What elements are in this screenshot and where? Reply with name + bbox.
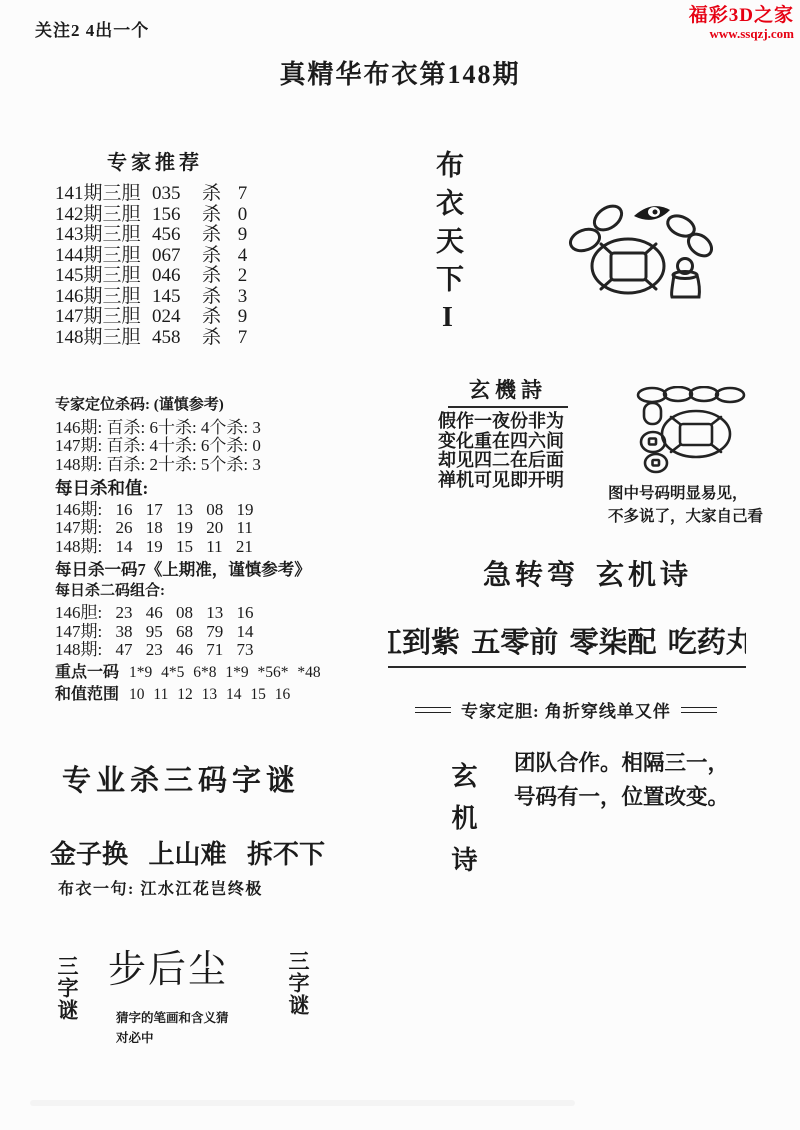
three-char-riddle-label-left: 三字谜 — [52, 955, 82, 1021]
dan-codes: 156 — [152, 205, 202, 226]
divider-line — [415, 707, 451, 713]
site-logo: 福彩3D之家 www.ssqzj.com — [689, 6, 794, 41]
top-note: 关注2 4出一个 — [35, 16, 149, 41]
daily-sum-row: 147期: 26 18 19 20 11 — [55, 519, 385, 538]
dan-codes: 145 — [152, 287, 202, 308]
riddle-note-line: 猜字的笔画和含义猜 — [116, 1008, 229, 1028]
daily-sum-row: 148期: 14 19 15 11 21 — [55, 538, 385, 557]
buyi-sketch-illustration — [568, 196, 713, 308]
expert-dan-text: 专家定胆: 角折穿线单又伴 — [461, 697, 671, 722]
period-label: 142期三胆 — [55, 205, 152, 226]
three-char-riddle-label-right: 三字谜 — [283, 950, 313, 1016]
dan-codes: 458 — [152, 328, 202, 349]
daily-two-row: 148期: 47 23 46 71 73 — [55, 641, 385, 660]
page-title: 真精华布衣第148期 — [0, 54, 800, 91]
dan-codes: 456 — [152, 225, 202, 246]
sketch-caption: 图中号码明显易见， 不多说了，大家自己看 — [608, 482, 763, 528]
kill-three-riddle: 金子换 上山难 拆不下 — [50, 834, 325, 871]
period-label: 146期三胆 — [55, 287, 152, 308]
expert-row: 143期三胆456杀 9 — [55, 225, 255, 246]
positioning-heading: 专家定位杀码: (谨慎参考) — [55, 396, 385, 415]
scan-artifact — [30, 1100, 575, 1106]
period-label: 147期三胆 — [55, 307, 152, 328]
xuanji-right-title: 玄机诗 — [444, 762, 481, 888]
key-one-label: 重点一码 — [55, 664, 119, 681]
kill-number: 杀 7 — [202, 328, 255, 349]
sum-range-value: 10 11 12 13 14 15 16 — [129, 686, 290, 703]
kill-number: 杀 2 — [202, 266, 255, 287]
expert-row: 148期三胆458杀 7 — [55, 328, 255, 349]
dan-codes: 046 — [152, 266, 202, 287]
dan-codes: 024 — [152, 307, 202, 328]
positioning-row: 148期: 百杀: 2十杀: 5个杀: 3 — [55, 456, 385, 475]
period-label: 143期三胆 — [55, 225, 152, 246]
period-label: 144期三胆 — [55, 246, 152, 267]
three-char-riddle-answer: 步后尘 — [108, 938, 228, 993]
riddle-note-line: 对必中 — [116, 1028, 229, 1048]
kill-number: 杀 9 — [202, 307, 255, 328]
key-one-row: 重点一码1*9 4*5 6*8 1*9 *56* *48 — [55, 664, 385, 683]
site-logo-url: www.ssqzj.com — [689, 27, 794, 41]
xuanji-right-text: 团队合作。相隔三一， 号码有一，位置改变。 — [514, 746, 729, 814]
period-label: 148期三胆 — [55, 328, 152, 349]
kill-number: 杀 9 — [202, 225, 255, 246]
expert-row: 141期三胆035杀 7 — [55, 184, 255, 205]
positioning-row: 147期: 百杀: 4十杀: 6个杀: 0 — [55, 437, 385, 456]
key-one-value: 1*9 4*5 6*8 1*9 *56* *48 — [129, 664, 321, 681]
dan-codes: 067 — [152, 246, 202, 267]
daily-two-heading: 每日杀二码组合: — [55, 582, 385, 601]
dan-codes: 035 — [152, 184, 202, 205]
eye-icon — [634, 206, 670, 220]
positioning-kill-section: 专家定位杀码: (谨慎参考) 146期: 百杀: 6十杀: 4个杀: 3 147… — [55, 396, 385, 705]
sum-range-label: 和值范围 — [55, 686, 119, 703]
kill-number: 杀 4 — [202, 246, 255, 267]
daily-sum-row: 146期: 16 17 13 08 19 — [55, 501, 385, 520]
xuanji-sketch-illustration — [630, 386, 760, 474]
expert-row: 142期三胆156杀 0 — [55, 205, 255, 226]
daily-sum-heading: 每日杀和值: — [55, 479, 385, 498]
sum-range-row: 和值范围10 11 12 13 14 15 16 — [55, 686, 385, 705]
expert-dan-divider: 专家定胆: 角折穿线单又伴 — [415, 697, 745, 722]
expert-row: 145期三胆046杀 2 — [55, 266, 255, 287]
sharp-turn-riddle-text: 红到紫 五零前 零柒配 吃药丸 — [388, 620, 746, 661]
poem-line: 假作一夜份非为 — [438, 412, 578, 432]
sketch-caption-line: 不多说了，大家自己看 — [608, 505, 763, 528]
divider-line — [681, 707, 717, 713]
daily-kill-one-line: 每日杀一码7《上期准，谨慎参考》 — [55, 561, 385, 580]
expert-row: 144期三胆067杀 4 — [55, 246, 255, 267]
period-label: 145期三胆 — [55, 266, 152, 287]
xuanji-right-line: 团队合作。相隔三一， — [514, 746, 729, 780]
expert-recommend-section: 专家推荐 141期三胆035杀 7 142期三胆156杀 0 143期三胆456… — [55, 146, 255, 348]
poem-line: 却见四二在后面 — [438, 451, 578, 471]
xuanji-poem-section: 玄機詩 假作一夜份非为 变化重在四六间 却见四二在后面 禅机可见即开明 — [438, 374, 578, 490]
expert-row: 146期三胆145杀 3 — [55, 287, 255, 308]
poem-line: 变化重在四六间 — [438, 432, 578, 452]
period-label: 141期三胆 — [55, 184, 152, 205]
kill-number: 杀 0 — [202, 205, 255, 226]
daily-two-row: 147期: 38 95 68 79 14 — [55, 623, 385, 642]
buyi-sentence: 布衣一句: 江水江花岂终极 — [58, 876, 263, 899]
poem-line: 禅机可见即开明 — [438, 471, 578, 491]
kill-number: 杀 3 — [202, 287, 255, 308]
site-logo-title: 福彩3D之家 — [689, 6, 794, 27]
kill-number: 杀 7 — [202, 184, 255, 205]
sharp-turn-riddle-line: 红到紫 五零前 零柒配 吃药丸 — [388, 620, 746, 668]
buyi-tianxia-title: 布衣天下I — [427, 150, 467, 343]
three-char-riddle-note: 猜字的笔画和含义猜 对必中 — [116, 1008, 229, 1048]
expert-row: 147期三胆024杀 9 — [55, 307, 255, 328]
xuanji-right-line: 号码有一，位置改变。 — [514, 780, 729, 814]
xuanji-poem-heading: 玄機詩 — [448, 374, 568, 408]
positioning-row: 146期: 百杀: 6十杀: 4个杀: 3 — [55, 419, 385, 438]
expert-recommend-heading: 专家推荐 — [55, 146, 255, 175]
kill-three-heading: 专业杀三码字谜 — [62, 758, 300, 799]
sharp-turn-heading: 急转弯 玄机诗 — [390, 553, 785, 593]
sketch-caption-line: 图中号码明显易见， — [608, 482, 763, 505]
daily-two-row: 146胆: 23 46 08 13 16 — [55, 604, 385, 623]
